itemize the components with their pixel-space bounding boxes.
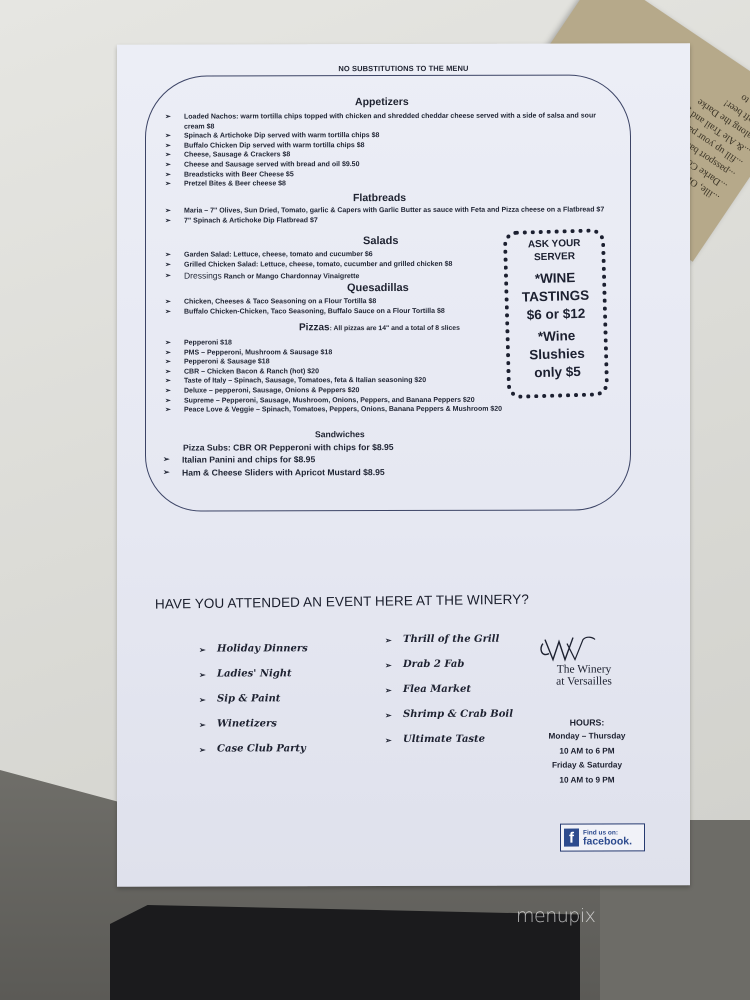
arrow-bullet-icon: ➢: [199, 645, 206, 655]
hours-title: HOURS:: [541, 715, 633, 730]
hours-line: Friday & Saturday: [541, 759, 633, 774]
item-text: Cheese, Sausage & Crackers $8: [184, 152, 290, 159]
list-item: ➢Ham & Cheese Sliders with Apricot Musta…: [163, 466, 483, 479]
item-text: Pepperoni $18: [184, 339, 232, 346]
item-text: Peace Love & Veggie – Spinach, Tomatoes,…: [184, 406, 502, 414]
arrow-bullet-icon: ➢: [165, 151, 171, 161]
section-title-salads: Salads: [363, 235, 398, 247]
item-text: Pretzel Bites & Beer cheese $8: [184, 180, 286, 187]
dressings-text: Ranch or Mango Chardonnay Vinaigrette: [224, 273, 360, 280]
event-item: ➢Ladies' Night: [199, 668, 308, 693]
list-item: ➢Peace Love & Veggie – Spinach, Tomatoes…: [165, 405, 525, 416]
hours-line: 10 AM to 9 PM: [541, 773, 633, 788]
hours-block: HOURS: Monday – Thursday 10 AM to 6 PM F…: [541, 715, 633, 787]
item-text: Pepperoni & Sausage $18: [184, 359, 270, 366]
list-item: ➢7" Spinach & Artichoke Dip Flatbread $7: [165, 215, 621, 226]
dressings-label: Dressings: [184, 271, 222, 281]
arrow-bullet-icon: ➢: [165, 251, 171, 261]
salads-list: ➢Garden Salad: Lettuce, cheese, tomato a…: [165, 250, 505, 283]
promo-line: only $5: [510, 362, 604, 383]
item-text: Loaded Nachos: warm tortilla chips toppe…: [184, 112, 596, 130]
item-text: Taste of Italy – Spinach, Sausage, Tomat…: [184, 377, 426, 385]
arrow-bullet-icon: ➢: [165, 377, 171, 387]
dark-object: [110, 905, 580, 1000]
event-text: Shrimp & Crab Boil: [403, 709, 513, 720]
item-text: CBR – Chicken Bacon & Ranch (hot) $20: [184, 368, 319, 375]
item-text: Breadsticks with Beer Cheese $5: [184, 171, 294, 178]
winery-monogram-icon: [537, 633, 597, 663]
arrow-bullet-icon: ➢: [165, 132, 171, 142]
section-title-flatbreads: Flatbreads: [353, 192, 406, 204]
item-text: Ham & Cheese Sliders with Apricot Mustar…: [182, 467, 385, 478]
arrow-bullet-icon: ➢: [385, 735, 392, 745]
item-text: PMS – Pepperoni, Mushroom & Sausage $18: [184, 349, 332, 356]
item-text: Garden Salad: Lettuce, cheese, tomato an…: [184, 251, 373, 258]
item-text: Deluxe – pepperoni, Sausage, Onions & Pe…: [184, 387, 359, 394]
hours-line: 10 AM to 6 PM: [541, 744, 633, 759]
arrow-bullet-icon: ➢: [163, 466, 170, 478]
event-item: ➢Drab 2 Fab: [385, 659, 513, 684]
list-item: ➢Loaded Nachos: warm tortilla chips topp…: [165, 111, 617, 131]
sandwiches-list: Pizza Subs: CBR OR Pepperoni with chips …: [163, 441, 483, 479]
promo-line: $6 or $12: [509, 304, 603, 325]
wine-promo-box: ASK YOUR SERVER *WINE TASTINGS $6 or $12…: [503, 228, 609, 399]
arrow-bullet-icon: ➢: [165, 180, 171, 190]
event-item: ➢Shrimp & Crab Boil: [385, 709, 513, 734]
arrow-bullet-icon: ➢: [165, 272, 171, 282]
event-item: ➢Ultimate Taste: [385, 734, 513, 759]
list-item: ➢Italian Panini and chips for $8.95: [163, 453, 483, 466]
arrow-bullet-icon: ➢: [165, 358, 171, 368]
item-text: Spinach & Artichoke Dip served with warm…: [184, 132, 379, 140]
item-text: Grilled Chicken Salad: Lettuce, cheese, …: [184, 260, 452, 268]
section-title-quesadillas: Quesadillas: [347, 282, 409, 294]
event-item: ➢Flea Market: [385, 684, 513, 709]
item-text: Pizza Subs: CBR OR Pepperoni with chips …: [183, 442, 394, 453]
facebook-icon: f: [564, 829, 579, 847]
arrow-bullet-icon: ➢: [199, 720, 206, 730]
event-item: ➢Thrill of the Grill: [385, 634, 513, 659]
arrow-bullet-icon: ➢: [165, 339, 171, 349]
arrow-bullet-icon: ➢: [385, 635, 392, 645]
facebook-badge: f Find us on: facebook.: [560, 823, 645, 851]
arrow-bullet-icon: ➢: [165, 161, 171, 171]
list-item: ➢Dressings Ranch or Mango Chardonnay Vin…: [165, 271, 505, 282]
list-item: Pizza Subs: CBR OR Pepperoni with chips …: [163, 441, 483, 454]
arrow-bullet-icon: ➢: [199, 670, 206, 680]
hours-line: Monday – Thursday: [541, 730, 633, 745]
event-item: ➢Sip & Paint: [199, 693, 308, 718]
pizzas-list: ➢Pepperoni $18 ➢PMS – Pepperoni, Mushroo…: [165, 338, 525, 416]
item-text: Chicken, Cheeses & Taco Seasoning on a F…: [184, 298, 376, 306]
arrow-bullet-icon: ➢: [165, 207, 171, 217]
event-text: Flea Market: [403, 684, 471, 695]
item-text: Cheese and Sausage served with bread and…: [184, 161, 359, 168]
item-text: Italian Panini and chips for $8.95: [182, 455, 315, 465]
events-list-left: ➢Holiday Dinners ➢Ladies' Night ➢Sip & P…: [199, 643, 308, 768]
quesadillas-list: ➢Chicken, Cheeses & Taco Seasoning on a …: [165, 297, 505, 317]
arrow-bullet-icon: ➢: [165, 307, 171, 317]
list-item: ➢Pretzel Bites & Beer cheese $8: [165, 179, 617, 190]
events-list-right: ➢Thrill of the Grill ➢Drab 2 Fab ➢Flea M…: [385, 634, 513, 759]
event-item: ➢Winetizers: [199, 718, 308, 743]
list-item: ➢Buffalo Chicken-Chicken, Taco Seasoning…: [165, 306, 505, 316]
arrow-bullet-icon: ➢: [165, 348, 171, 358]
arrow-bullet-icon: ➢: [199, 745, 206, 755]
facebook-brand: facebook.: [583, 837, 632, 846]
arrow-bullet-icon: ➢: [385, 710, 392, 720]
events-heading: HAVE YOU ATTENDED AN EVENT HERE AT THE W…: [155, 592, 529, 612]
appetizers-list: ➢Loaded Nachos: warm tortilla chips topp…: [165, 111, 617, 189]
winery-name-line2: at Versailles: [545, 675, 623, 687]
event-text: Drab 2 Fab: [403, 659, 464, 670]
section-title-sandwiches: Sandwiches: [315, 429, 365, 439]
facebook-text: Find us on: facebook.: [583, 828, 632, 846]
event-text: Thrill of the Grill: [403, 634, 499, 645]
event-item: ➢Holiday Dinners: [199, 643, 308, 668]
arrow-bullet-icon: ➢: [385, 685, 392, 695]
arrow-bullet-icon: ➢: [165, 141, 171, 151]
item-text: 7" Spinach & Artichoke Dip Flatbread $7: [184, 217, 318, 224]
event-text: Ladies' Night: [217, 668, 292, 679]
arrow-bullet-icon: ➢: [163, 454, 170, 466]
arrow-bullet-icon: ➢: [165, 367, 171, 377]
event-text: Holiday Dinners: [217, 643, 308, 654]
arrow-bullet-icon: ➢: [165, 387, 171, 397]
item-text: Buffalo Chicken Dip served with warm tor…: [184, 142, 365, 149]
arrow-bullet-icon: ➢: [165, 396, 171, 406]
item-text: Buffalo Chicken-Chicken, Taco Seasoning,…: [184, 307, 445, 315]
section-title-pizzas: Pizzas: All pizzas are 14" and a total o…: [299, 322, 460, 333]
section-title-appetizers: Appetizers: [355, 96, 409, 108]
winery-name: The Winery at Versailles: [545, 663, 623, 687]
event-text: Sip & Paint: [217, 693, 280, 704]
arrow-bullet-icon: ➢: [199, 695, 206, 705]
flatbreads-list: ➢Maria – 7" Olives, Sun Dried, Tomato, g…: [165, 205, 621, 225]
item-text: Supreme – Pepperoni, Sausage, Mushroom, …: [184, 396, 475, 404]
menu-notice: NO SUBSTITUTIONS TO THE MENU: [117, 63, 690, 74]
event-text: Case Club Party: [217, 743, 306, 754]
item-text: Maria – 7" Olives, Sun Dried, Tomato, ga…: [184, 206, 604, 214]
event-item: ➢Case Club Party: [199, 743, 308, 768]
menupix-watermark: menupix: [516, 905, 595, 927]
winery-name-line1: The Winery: [545, 663, 623, 675]
arrow-bullet-icon: ➢: [165, 406, 171, 416]
list-item: ➢Grilled Chicken Salad: Lettuce, cheese,…: [165, 259, 505, 269]
menu-sheet: NO SUBSTITUTIONS TO THE MENU Appetizers …: [117, 43, 690, 887]
event-text: Winetizers: [217, 718, 277, 729]
arrow-bullet-icon: ➢: [165, 170, 171, 180]
pizzas-title: Pizzas: [299, 322, 330, 333]
arrow-bullet-icon: ➢: [385, 660, 392, 670]
arrow-bullet-icon: ➢: [165, 260, 171, 270]
event-text: Ultimate Taste: [403, 734, 485, 745]
arrow-bullet-icon: ➢: [165, 113, 171, 123]
promo-line: SERVER: [507, 249, 601, 265]
promo-line: TASTINGS: [508, 286, 602, 307]
pizzas-note: : All pizzas are 14" and a total of 8 sl…: [330, 325, 460, 332]
arrow-bullet-icon: ➢: [165, 216, 171, 226]
arrow-bullet-icon: ➢: [165, 298, 171, 308]
